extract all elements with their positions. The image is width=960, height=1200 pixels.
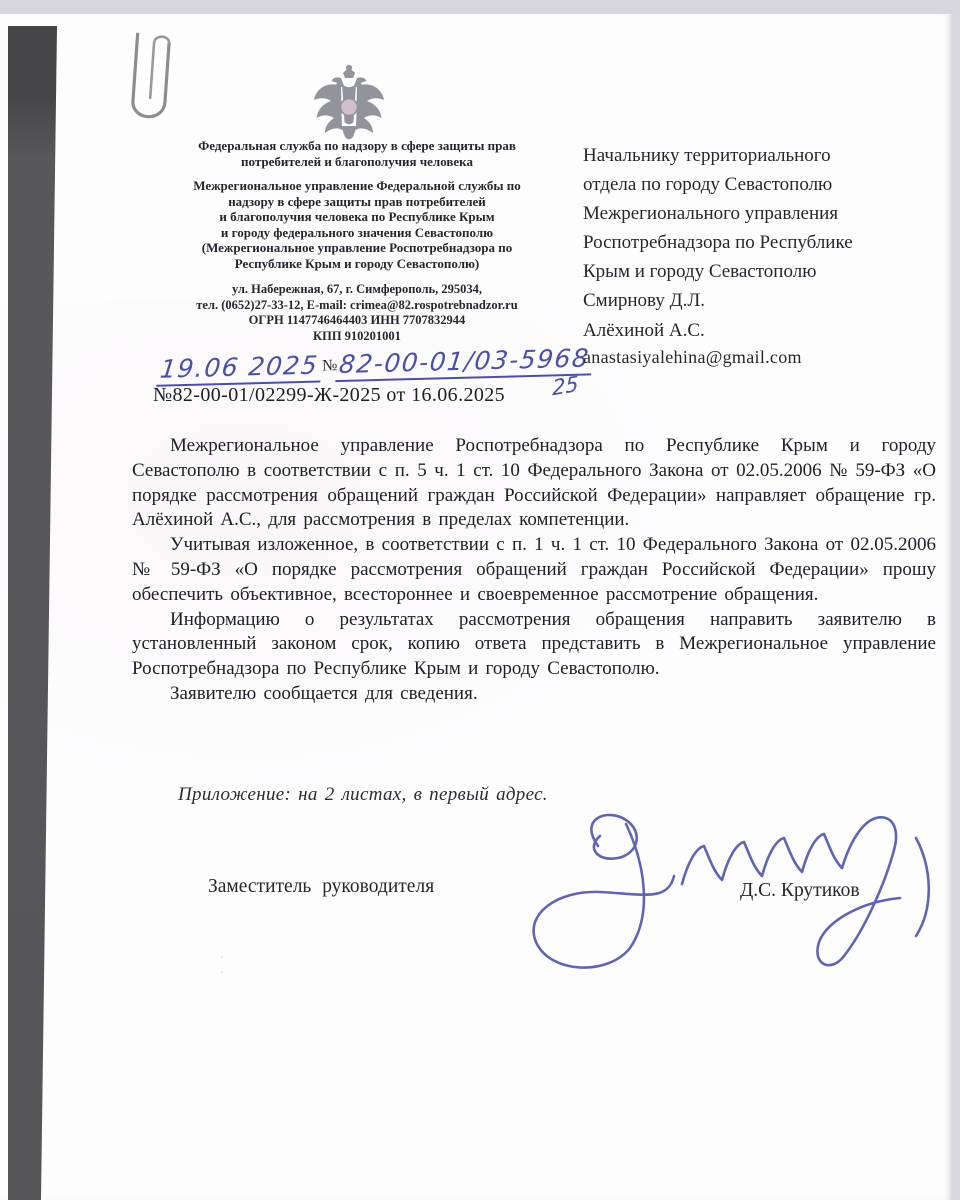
letterhead-phone-email: тел. (0652)27-33-12, E-mail: crimea@82.r…	[148, 298, 566, 314]
coat-of-arms-icon	[310, 63, 388, 150]
letterhead-ogrn-inn: ОГРН 1147746464403 ИНН 7707832944	[148, 313, 566, 329]
handwritten-signature	[430, 806, 954, 991]
letterhead-office-name: Межрегиональное управление Федеральной с…	[148, 178, 566, 271]
body-paragraph: Учитывая изложенное, в соответствии с п.…	[132, 533, 936, 607]
recipient-line: отдела по городу Севастополю	[583, 170, 943, 199]
handwritten-date: 19.06 2025	[156, 350, 324, 386]
recipient-line: Межрегионального управления	[583, 199, 943, 228]
registration-typed-line: №82-00-01/02299-Ж-2025 от 16.06.2025	[153, 384, 505, 407]
body-paragraph: Заявителю сообщается для сведения.	[132, 682, 936, 707]
handwritten-mark: 25	[552, 371, 578, 400]
recipient-line: Крым и городу Севастополю	[583, 257, 943, 286]
letter-body: Межрегиональное управление Роспотребнадз…	[132, 434, 936, 707]
letterhead-kpp: КПП 910201001	[148, 329, 566, 345]
letterhead: Федеральная служба по надзору в сфере за…	[148, 138, 566, 344]
scanned-letter: Федеральная служба по надзору в сфере за…	[0, 0, 960, 1200]
letterhead-street-address: ул. Набережная, 67, г. Симферополь, 2950…	[148, 282, 566, 298]
body-paragraph: Информацию о результатах рассмотрения об…	[132, 608, 936, 682]
applicant-email: anastasiyalehina@gmail.com	[583, 344, 943, 370]
recipient-block: Начальнику территориального отдела по го…	[583, 141, 943, 315]
letterhead-contacts: ул. Набережная, 67, г. Симферополь, 2950…	[148, 282, 566, 344]
letterhead-service-name: Федеральная служба по надзору в сфере за…	[148, 138, 566, 169]
paperclip-icon	[120, 32, 183, 141]
applicant-name: Алёхиной А.С.	[583, 318, 943, 344]
signer-position-title: Заместитель руководителя	[208, 876, 434, 898]
recipient-line: Роспотребнадзора по Республике	[583, 228, 943, 257]
body-paragraph: Межрегиональное управление Роспотребнадз…	[132, 434, 936, 533]
applicant-block: Алёхиной А.С. anastasiyalehina@gmail.com	[583, 318, 943, 370]
recipient-line: Начальнику территориального	[583, 141, 943, 170]
scan-noise: · ·	[220, 950, 360, 964]
recipient-name: Смирнову Д.Л.	[583, 286, 943, 315]
signer-name: Д.С. Крутиков	[740, 880, 860, 902]
attachment-line: Приложение: на 2 листах, в первый адрес.	[178, 784, 548, 806]
